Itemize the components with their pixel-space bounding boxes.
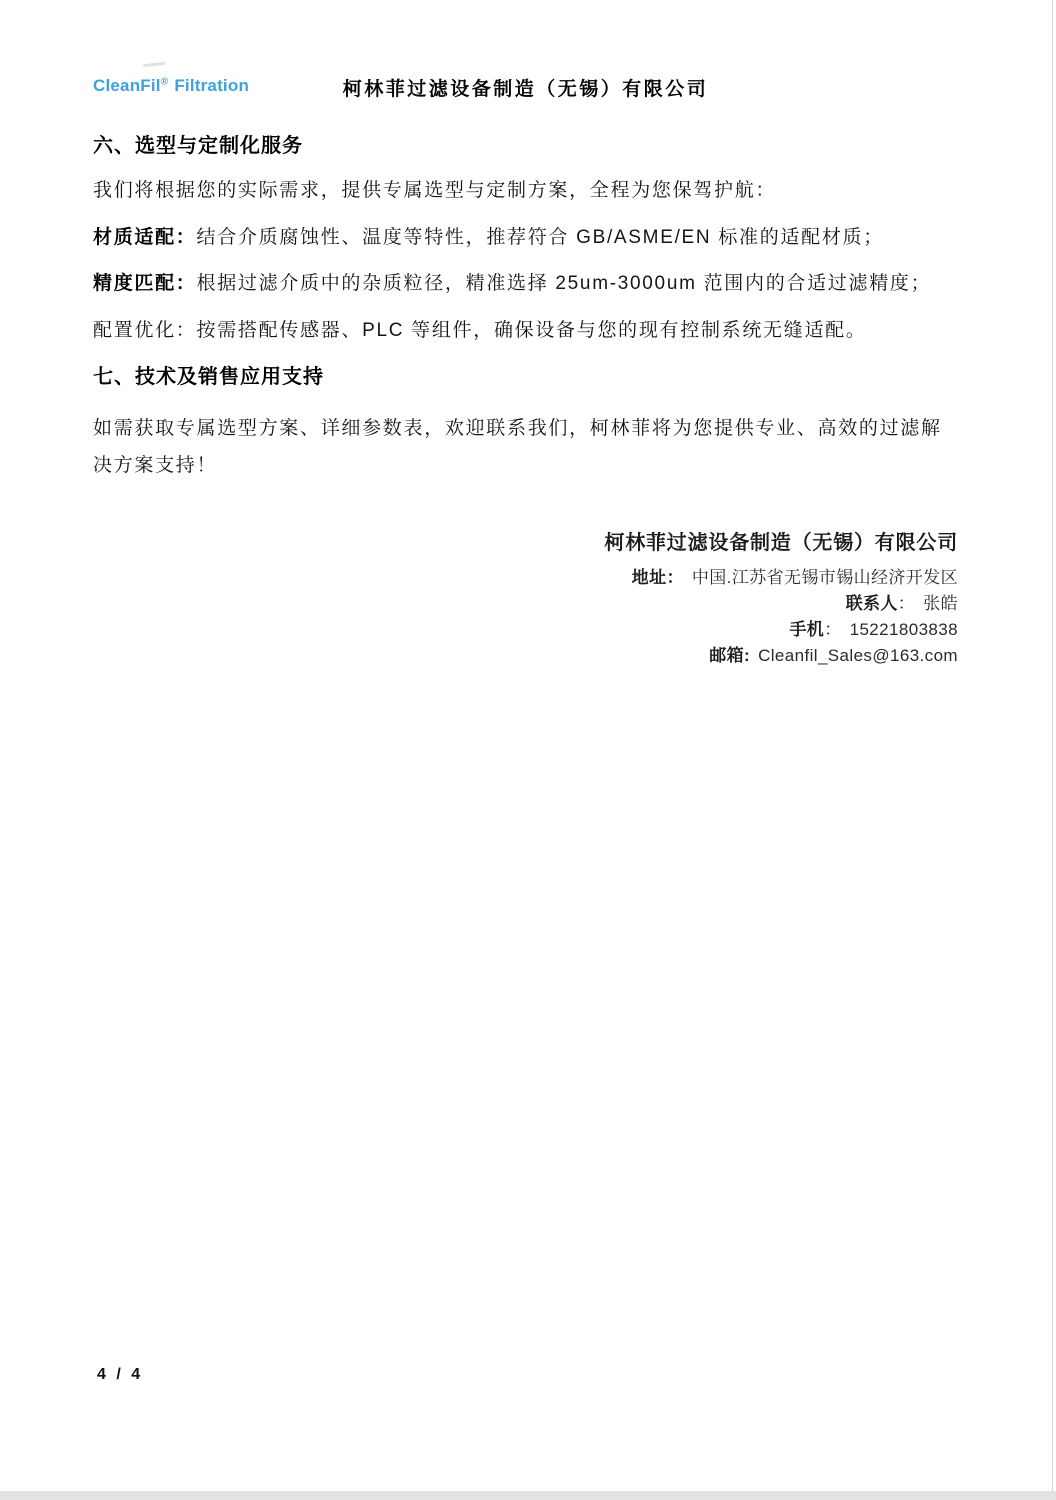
page-edge-right [1052, 0, 1053, 1491]
page-number: 4 / 4 [97, 1366, 143, 1384]
contact-block: 柯林菲过滤设备制造（无锡）有限公司 地址：中国.江苏省无锡市锡山经济开发区 联系… [93, 530, 958, 669]
contact-person-sep: ： [898, 594, 915, 613]
contact-person-label: 联系人 [846, 594, 898, 613]
feature-material: 材质适配：结合介质腐蚀性、温度等特性，推荐符合 GB/ASME/EN 标准的适配… [93, 224, 958, 252]
feature-config-label: 配置优化： [93, 320, 197, 341]
contact-address-label: 地址： [632, 568, 684, 587]
section-seven-heading: 七、技术及销售应用支持 [93, 364, 958, 390]
contact-phone-value: 15221803838 [850, 620, 958, 639]
contact-phone-label: 手机 [789, 620, 824, 639]
cleanfil-logo: CleanFil®Filtration [93, 76, 249, 96]
feature-config: 配置优化：按需搭配传感器、PLC 等组件，确保设备与您的现有控制系统无缝适配。 [93, 317, 958, 345]
feature-material-label: 材质适配： [93, 227, 197, 248]
contact-company-name: 柯林菲过滤设备制造（无锡）有限公司 [93, 530, 958, 556]
contact-person-value: 张皓 [923, 594, 958, 613]
contact-address-value: 中国.江苏省无锡市锡山经济开发区 [692, 568, 958, 587]
page-content: CleanFil®Filtration 柯林菲过滤设备制造（无锡）有限公司 六、… [0, 0, 1056, 669]
section-seven-body: 如需获取专属选型方案、详细参数表，欢迎联系我们，柯林菲将为您提供专业、高效的过滤… [93, 410, 958, 484]
section-six-heading: 六、选型与定制化服务 [93, 133, 958, 159]
section-six-intro: 我们将根据您的实际需求，提供专属选型与定制方案，全程为您保驾护航： [93, 177, 958, 205]
feature-material-text: 结合介质腐蚀性、温度等特性，推荐符合 GB/ASME/EN 标准的适配材质； [197, 227, 884, 248]
contact-email-value: Cleanfil_Sales@163.com [758, 646, 958, 665]
document-header: CleanFil®Filtration 柯林菲过滤设备制造（无锡）有限公司 [93, 74, 958, 100]
page-edge-bottom [0, 1491, 1056, 1500]
contact-email-line: 邮箱:Cleanfil_Sales@163.com [93, 643, 958, 669]
contact-phone-sep: ： [824, 620, 841, 639]
document-page: CleanFil®Filtration 柯林菲过滤设备制造（无锡）有限公司 六、… [0, 0, 1056, 1500]
contact-address-line: 地址：中国.江苏省无锡市锡山经济开发区 [93, 565, 958, 591]
feature-config-text: 按需搭配传感器、PLC 等组件，确保设备与您的现有控制系统无缝适配。 [197, 320, 867, 341]
logo-suffix: Filtration [174, 76, 249, 95]
feature-precision-text: 根据过滤介质中的杂质粒径，精准选择 25um-3000um 范围内的合适过滤精度… [197, 273, 932, 294]
contact-email-label: 邮箱: [709, 646, 750, 665]
feature-precision: 精度匹配：根据过滤介质中的杂质粒径，精准选择 25um-3000um 范围内的合… [93, 270, 958, 298]
logo-flourish-mark [143, 62, 165, 67]
contact-person-line: 联系人：张皓 [93, 591, 958, 617]
registered-trademark-icon: ® [161, 76, 169, 87]
logo-name: CleanFil [93, 76, 161, 95]
header-company-name: 柯林菲过滤设备制造（无锡）有限公司 [343, 74, 709, 101]
contact-phone-line: 手机：15221803838 [93, 617, 958, 643]
feature-precision-label: 精度匹配： [93, 273, 197, 294]
